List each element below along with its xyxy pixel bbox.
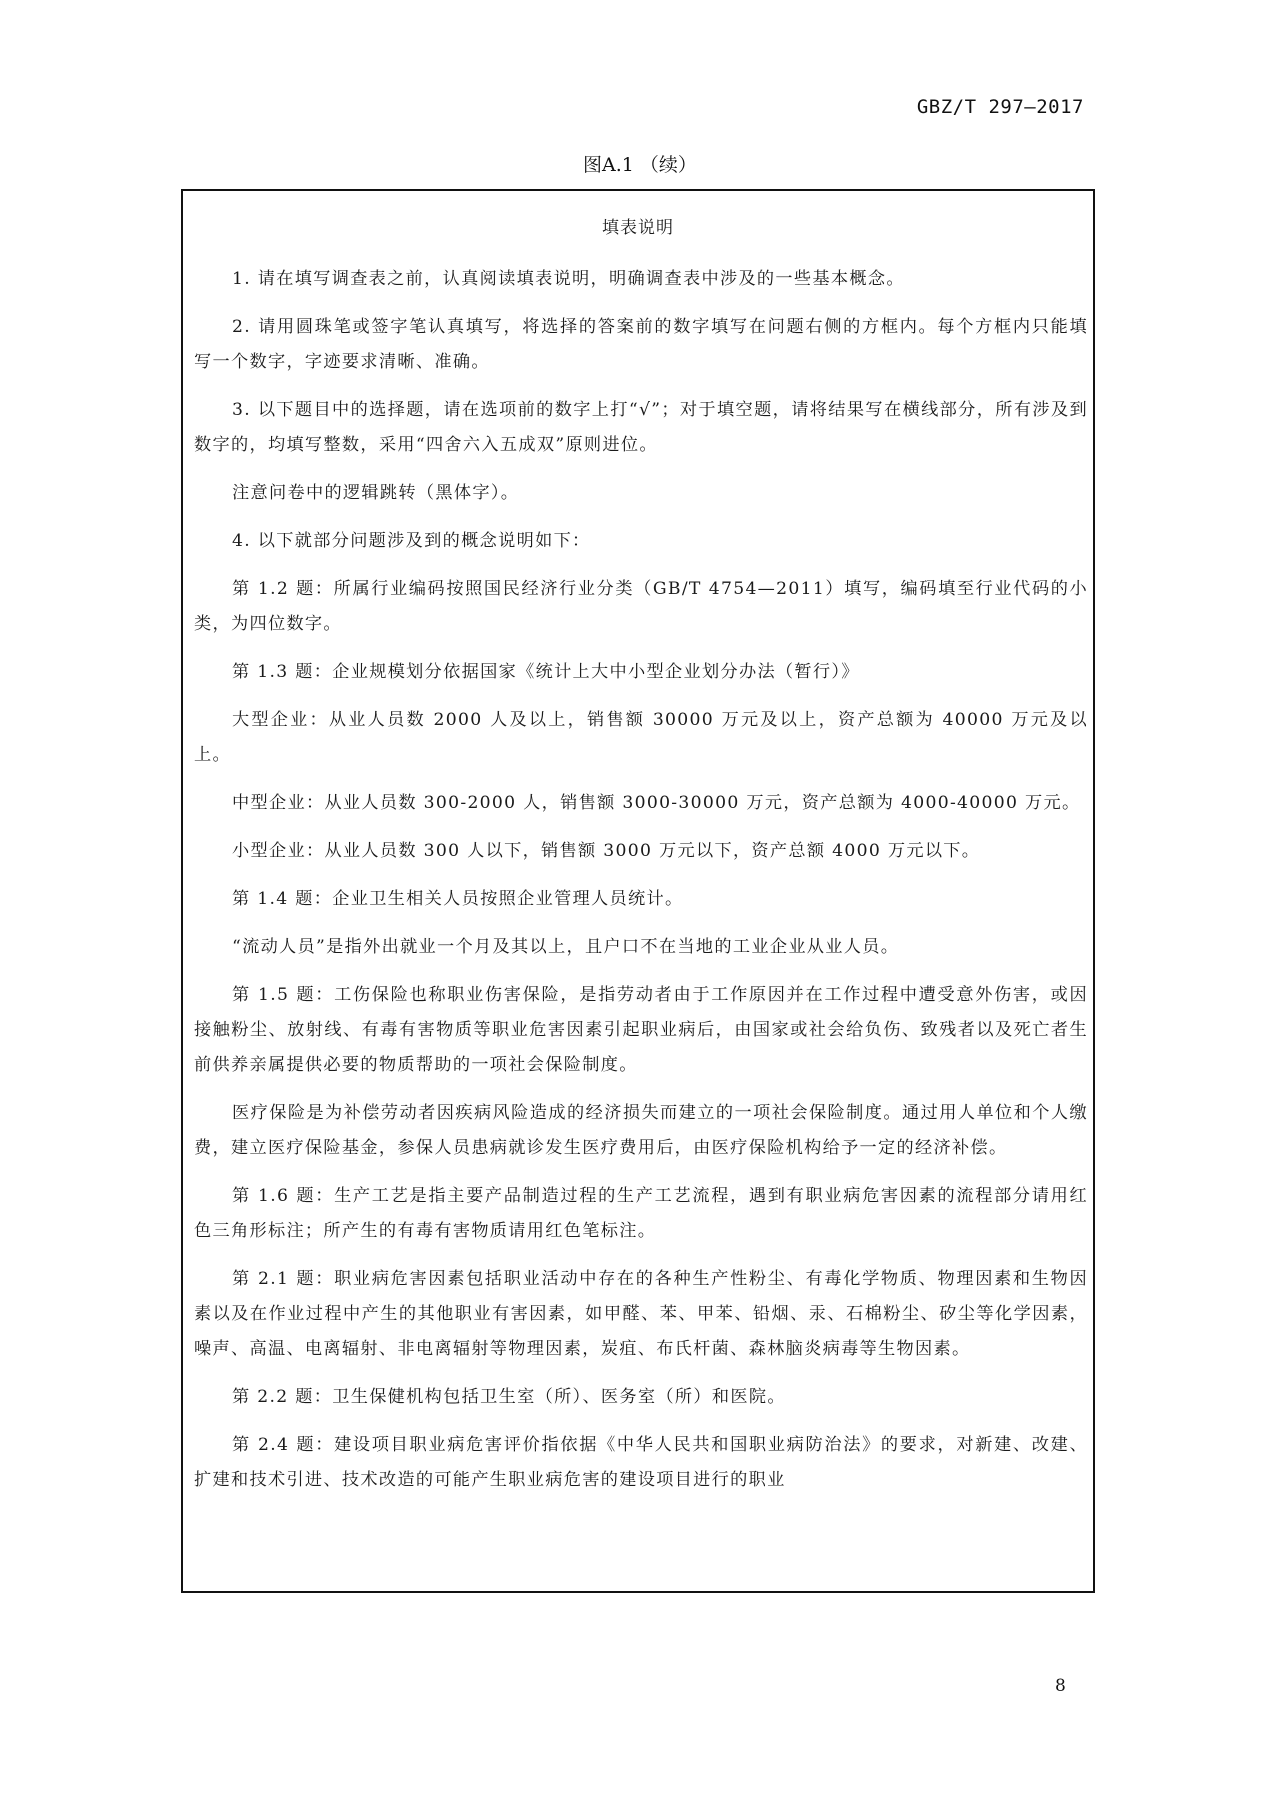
- box-heading: 填表说明: [183, 213, 1093, 238]
- paragraph: “流动人员”是指外出就业一个月及其以上，且户口不在当地的工业企业从业人员。: [194, 930, 1088, 965]
- paragraph: 第 1.3 题：企业规模划分依据国家《统计上大中小型企业划分办法（暂行）》: [194, 655, 1088, 690]
- paragraph: 小型企业：从业人员数 300 人以下，销售额 3000 万元以下，资产总额 40…: [194, 834, 1088, 869]
- paragraph: 第 2.1 题：职业病危害因素包括职业活动中存在的各种生产性粉尘、有毒化学物质、…: [194, 1262, 1088, 1367]
- paragraph: 医疗保险是为补偿劳动者因疾病风险造成的经济损失而建立的一项社会保险制度。通过用人…: [194, 1096, 1088, 1166]
- paragraph: 中型企业：从业人员数 300-2000 人，销售额 3000-30000 万元，…: [194, 786, 1088, 821]
- paragraph: 3. 以下题目中的选择题，请在选项前的数字上打“√”；对于填空题，请将结果写在横…: [194, 393, 1088, 463]
- paragraph: 4. 以下就部分问题涉及到的概念说明如下：: [194, 524, 1088, 559]
- paragraph: 第 1.2 题：所属行业编码按照国民经济行业分类（GB/T 4754—2011）…: [194, 572, 1088, 642]
- paragraph: 1. 请在填写调查表之前，认真阅读填表说明，明确调查表中涉及的一些基本概念。: [194, 262, 1088, 297]
- paragraph: 第 1.5 题：工伤保险也称职业伤害保险，是指劳动者由于工作原因并在工作过程中遭…: [194, 978, 1088, 1083]
- instructions-box: 填表说明 1. 请在填写调查表之前，认真阅读填表说明，明确调查表中涉及的一些基本…: [181, 189, 1095, 1593]
- paragraph: 第 1.4 题：企业卫生相关人员按照企业管理人员统计。: [194, 882, 1088, 917]
- instructions-content: 1. 请在填写调查表之前，认真阅读填表说明，明确调查表中涉及的一些基本概念。 2…: [194, 262, 1088, 1511]
- paragraph: 注意问卷中的逻辑跳转（黑体字）。: [194, 476, 1088, 511]
- standard-code: GBZ/T 297—2017: [917, 96, 1084, 118]
- paragraph: 2. 请用圆珠笔或签字笔认真填写，将选择的答案前的数字填写在问题右侧的方框内。每…: [194, 310, 1088, 380]
- paragraph: 第 2.4 题：建设项目职业病危害评价指依据《中华人民共和国职业病防治法》的要求…: [194, 1428, 1088, 1498]
- paragraph: 第 2.2 题：卫生保健机构包括卫生室（所）、医务室（所）和医院。: [194, 1380, 1088, 1415]
- paragraph: 第 1.6 题：生产工艺是指主要产品制造过程的生产工艺流程，遇到有职业病危害因素…: [194, 1179, 1088, 1249]
- page-number: 8: [1055, 1676, 1066, 1696]
- figure-title: 图A.1 （续）: [0, 150, 1280, 177]
- paragraph: 大型企业：从业人员数 2000 人及以上，销售额 30000 万元及以上，资产总…: [194, 703, 1088, 773]
